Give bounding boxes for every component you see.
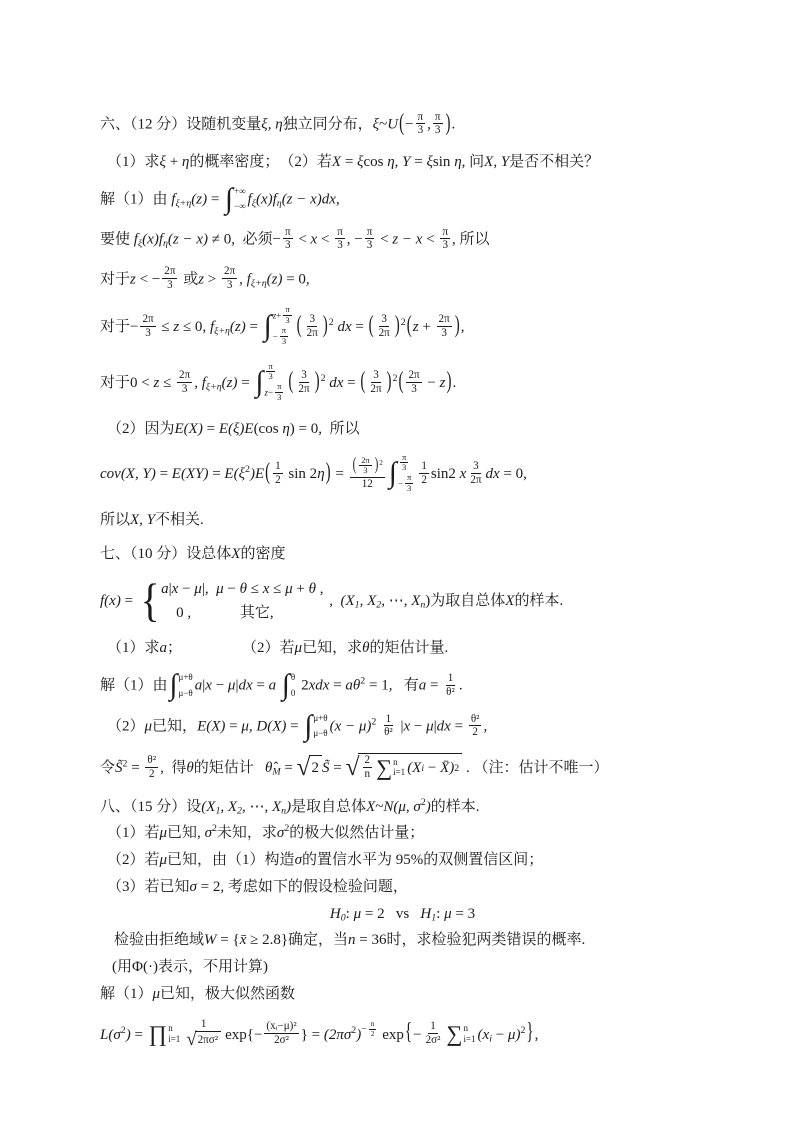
sol6-step-3: 对于z < −2π3 或z > 2π3, fξ+η(z) = 0,: [100, 267, 705, 294]
problem-7-questions: （1）求a； （2）若μ已知，求θ的矩估计量.: [100, 638, 705, 660]
problem-8-note: (用Φ(·)表示，不用计算): [100, 957, 705, 979]
problem-8-q3: （3）若已知σ = 2, 考虑如下的假设检验问题，: [100, 877, 705, 899]
sol6-step-5: 对于0 < z ≤ 2π3, fξ+η(z) = ∫π3z−π3(32π)2 d…: [100, 362, 705, 405]
problem-6-heading: 六、（12 分）设随机变量ξ, η独立同分布，ξ~U(−π3,π3).: [100, 112, 705, 139]
problem-6-questions: （1）求ξ + η的概率密度； （2）若X = ξcos η, Y = ξsin…: [100, 152, 705, 174]
sol7-step-3: 令S̃2 = θ²2, 得θ的矩估计 θ̂M = √2S̃ = √2n∑ni=1…: [100, 754, 705, 784]
sol8-intro: 解（1）μ已知，极大似然函数: [100, 984, 705, 1006]
hypotheses: H0: μ = 2 vs H1: μ = 3: [100, 904, 705, 926]
sol6-step-1: 解（1）由 fξ+η(z) = ∫+∞−∞fξ(x)fη(z − x)dx,: [100, 186, 705, 214]
problem-8-q1: （1）若μ已知, σ2未知，求σ2的极大似然估计量；: [100, 823, 705, 845]
problem-7-density: f(x) = {a|x − μ|, μ − θ ≤ x ≤ μ + θ , 0 …: [100, 579, 705, 625]
document-page: 六、（12 分）设随机变量ξ, η独立同分布，ξ~U(−π3,π3).（1）求ξ…: [0, 0, 793, 1122]
problem-7-heading: 七、（10 分）设总体X的密度: [100, 544, 705, 566]
sol6-step-2: 要使 fξ(x)fη(z − x) ≠ 0, 必须−π3 < x < π3, −…: [100, 227, 705, 254]
sol8-likelihood: L(σ2) = ∏ni=11√2πσ²exp{−(xᵢ−μ)²2σ²} = (2…: [100, 1020, 705, 1051]
sol7-step-1: 解（1）由∫μ+θμ−θa|x − μ|dx = a ∫θ0 2xdx = aθ…: [100, 672, 705, 700]
sol6-conclusion: 所以X, Y不相关.: [100, 510, 705, 532]
problem-8-q2: （2）若μ已知，由（1）构造σ的置信水平为 95%的双侧置信区间；: [100, 850, 705, 872]
problem-8-heading: 八、（15 分）设(X1, X2, ⋯, Xn)是取自总体X~N(μ, σ2)的…: [100, 797, 705, 819]
sol7-step-2: （2）μ已知，E(X) = μ, D(X) = ∫μ+θμ−θ(x − μ)2 …: [100, 713, 705, 741]
sol6-part2-step-1: （2）因为E(X) = E(ξ)E(cos η) = 0, 所以: [100, 419, 705, 441]
document-content: 六、（12 分）设随机变量ξ, η独立同分布，ξ~U(−π3,π3).（1）求ξ…: [100, 112, 705, 1050]
sol6-step-4: 对于−2π3 ≤ z ≤ 0, fξ+η(z) = ∫z+π3−π3(32π)2…: [100, 306, 705, 349]
problem-8-test: 检验由拒绝域W = {x̄ ≥ 2.8}确定，当n = 36时，求检验犯两类错误…: [100, 930, 705, 952]
sol6-part2-step-2: cov(X, Y) = E(XY) = E(ξ2)E(12 sin 2η) = …: [100, 453, 705, 496]
